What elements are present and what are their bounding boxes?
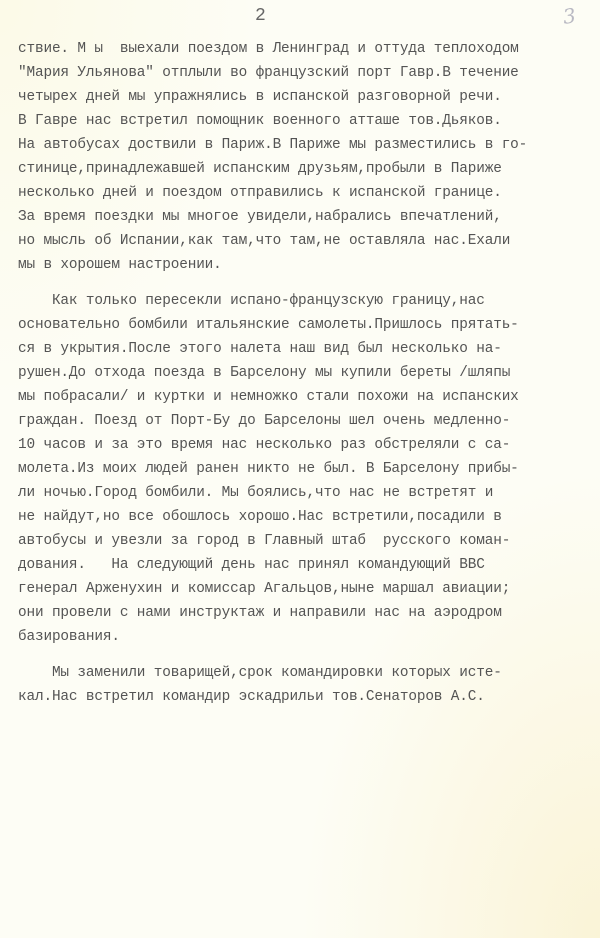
text-line: ли ночью.Город бомбили. Мы боялись,что н… [18, 481, 588, 505]
paragraph-gap [18, 277, 588, 289]
text-line: несколько дней и поездом отправились к и… [18, 181, 588, 205]
text-line: Как только пересекли испано-французскую … [18, 289, 588, 313]
text-line: генерал Арженухин и комиссар Агальцов,ны… [18, 577, 588, 601]
text-line: "Мария Ульянова" отплыли во французский … [18, 61, 588, 85]
paragraph-3: Мы заменили товарищей,срок командировки … [18, 661, 588, 709]
text-line: На автобусах доствили в Париж.В Париже м… [18, 133, 588, 157]
text-line: базирования. [18, 625, 588, 649]
paragraph-gap [18, 649, 588, 661]
text-line: ствие. М ы выехали поездом в Ленинград и… [18, 37, 588, 61]
text-line: они провели с нами инструктаж и направил… [18, 601, 588, 625]
text-line: кал.Нас встретил командир эскадрильи тов… [18, 685, 588, 709]
text-line: За время поездки мы многое увидели,набра… [18, 205, 588, 229]
text-line: основательно бомбили итальянские самолет… [18, 313, 588, 337]
text-line: граждан. Поезд от Порт-Бу до Барселоны ш… [18, 409, 588, 433]
text-line: четырех дней мы упражнялись в испанской … [18, 85, 588, 109]
text-line: В Гавре нас встретил помощник военного а… [18, 109, 588, 133]
document-page: 2 3 ствие. М ы выехали поездом в Ленингр… [0, 0, 600, 938]
text-line: не найдут,но все обошлось хорошо.Нас вст… [18, 505, 588, 529]
text-line: но мысль об Испании,как там,что там,не о… [18, 229, 588, 253]
text-line: Мы заменили товарищей,срок командировки … [18, 661, 588, 685]
text-line: мы в хорошем настроении. [18, 253, 588, 277]
text-line: автобусы и увезли за город в Главный шта… [18, 529, 588, 553]
text-line: ся в укрытия.После этого налета наш вид … [18, 337, 588, 361]
page-number: 2 [255, 6, 266, 26]
handwritten-page-mark: 3 [561, 3, 577, 29]
text-line: 10 часов и за это время нас несколько ра… [18, 433, 588, 457]
text-line: стинице,принадлежавшей испанским друзьям… [18, 157, 588, 181]
text-line: мы побрасали/ и куртки и немножко стали … [18, 385, 588, 409]
typewritten-body: ствие. М ы выехали поездом в Ленинград и… [18, 37, 588, 709]
text-line: рушен.До отхода поезда в Барселону мы ку… [18, 361, 588, 385]
paragraph-1: ствие. М ы выехали поездом в Ленинград и… [18, 37, 588, 277]
text-line: дования. На следующий день нас принял ко… [18, 553, 588, 577]
paragraph-2: Как только пересекли испано-французскую … [18, 289, 588, 649]
text-line: молета.Из моих людей ранен никто не был.… [18, 457, 588, 481]
